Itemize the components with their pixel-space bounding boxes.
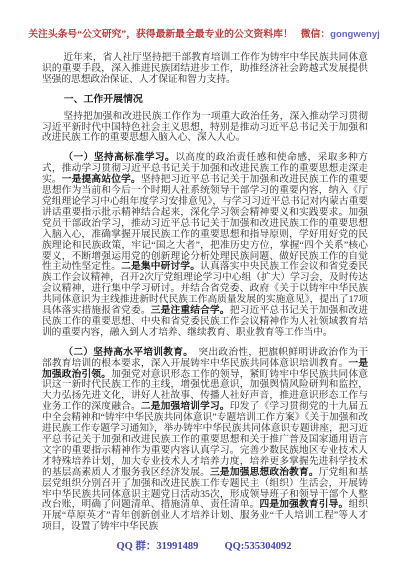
bold-run: 二是集中研讨学。 <box>121 261 200 272</box>
wechat-label: 微信： <box>301 29 330 40</box>
qq-group-number: QQ 群：31991489 <box>116 541 198 552</box>
bold-run: 一是提高站位学。 <box>62 174 141 185</box>
wechat-id: gongwenyj <box>330 29 380 40</box>
promo-footer: QQ 群：31991489QQ:535304092 <box>0 538 408 553</box>
paragraph: 坚持把加强和改进民族工作作为一项重大政治任务，深入推动学习贯彻习近平新时代中国特… <box>42 112 368 145</box>
text-run: 坚持把加强和改进民族工作作为一项重大政治任务，深入推动学习贯彻习近平新时代中国特… <box>42 111 368 144</box>
bold-run: 二是加强培训学习。 <box>141 401 230 412</box>
text-run: 近年来，省人社厅坚持把干部教育培训工作作为铸牢中华民族共同体意识的重要手段，深入… <box>42 52 368 85</box>
paragraph: 近年来，省人社厅坚持把干部教育培训工作作为铸牢中华民族共同体意识的重要手段，深入… <box>42 53 368 86</box>
bold-run: 三是注重结合学。 <box>151 305 230 316</box>
promo-header: 关注头条号“公文研究”，获得最新最全最专业的公文资料库！微信：gongwenyj <box>0 26 408 40</box>
paragraph: （一）坚持高标准学习。以高度的政治责任感和使命感，采取多种方式，推动学习贯彻习近… <box>42 153 368 338</box>
paragraph: （二）坚持高水平培训教育。 突出政治性，把旗帜鲜明讲政治作为干部教育培训的根本要… <box>42 348 368 533</box>
document-page: 关注头条号“公文研究”，获得最新最全最专业的公文资料库！微信：gongwenyj… <box>0 0 408 580</box>
section-heading: 一、工作开展情况 <box>42 95 368 106</box>
promo-header-text: 关注头条号“公文研究”，获得最新最全最专业的公文资料库！ <box>28 29 293 40</box>
bold-run: 一、工作开展情况 <box>64 94 143 105</box>
bold-run: （一）坚持高标准学习。 <box>63 152 175 163</box>
bold-run: 三是加强思想政治教育。 <box>210 467 319 478</box>
text-run: 坚持把习近平总书记关于加强和改进民族工作的重要思想作为当前和今后一个时期人社系统… <box>42 174 368 272</box>
document-body: 近年来，省人社厅坚持把干部教育培训工作作为铸牢中华民族共同体意识的重要手段，深入… <box>42 53 368 542</box>
qq-number: QQ:535304092 <box>224 541 291 552</box>
bold-run: （二）坚持高水平培训教育。 <box>63 347 188 358</box>
bold-run: 四是加强教育引导。 <box>259 499 348 510</box>
